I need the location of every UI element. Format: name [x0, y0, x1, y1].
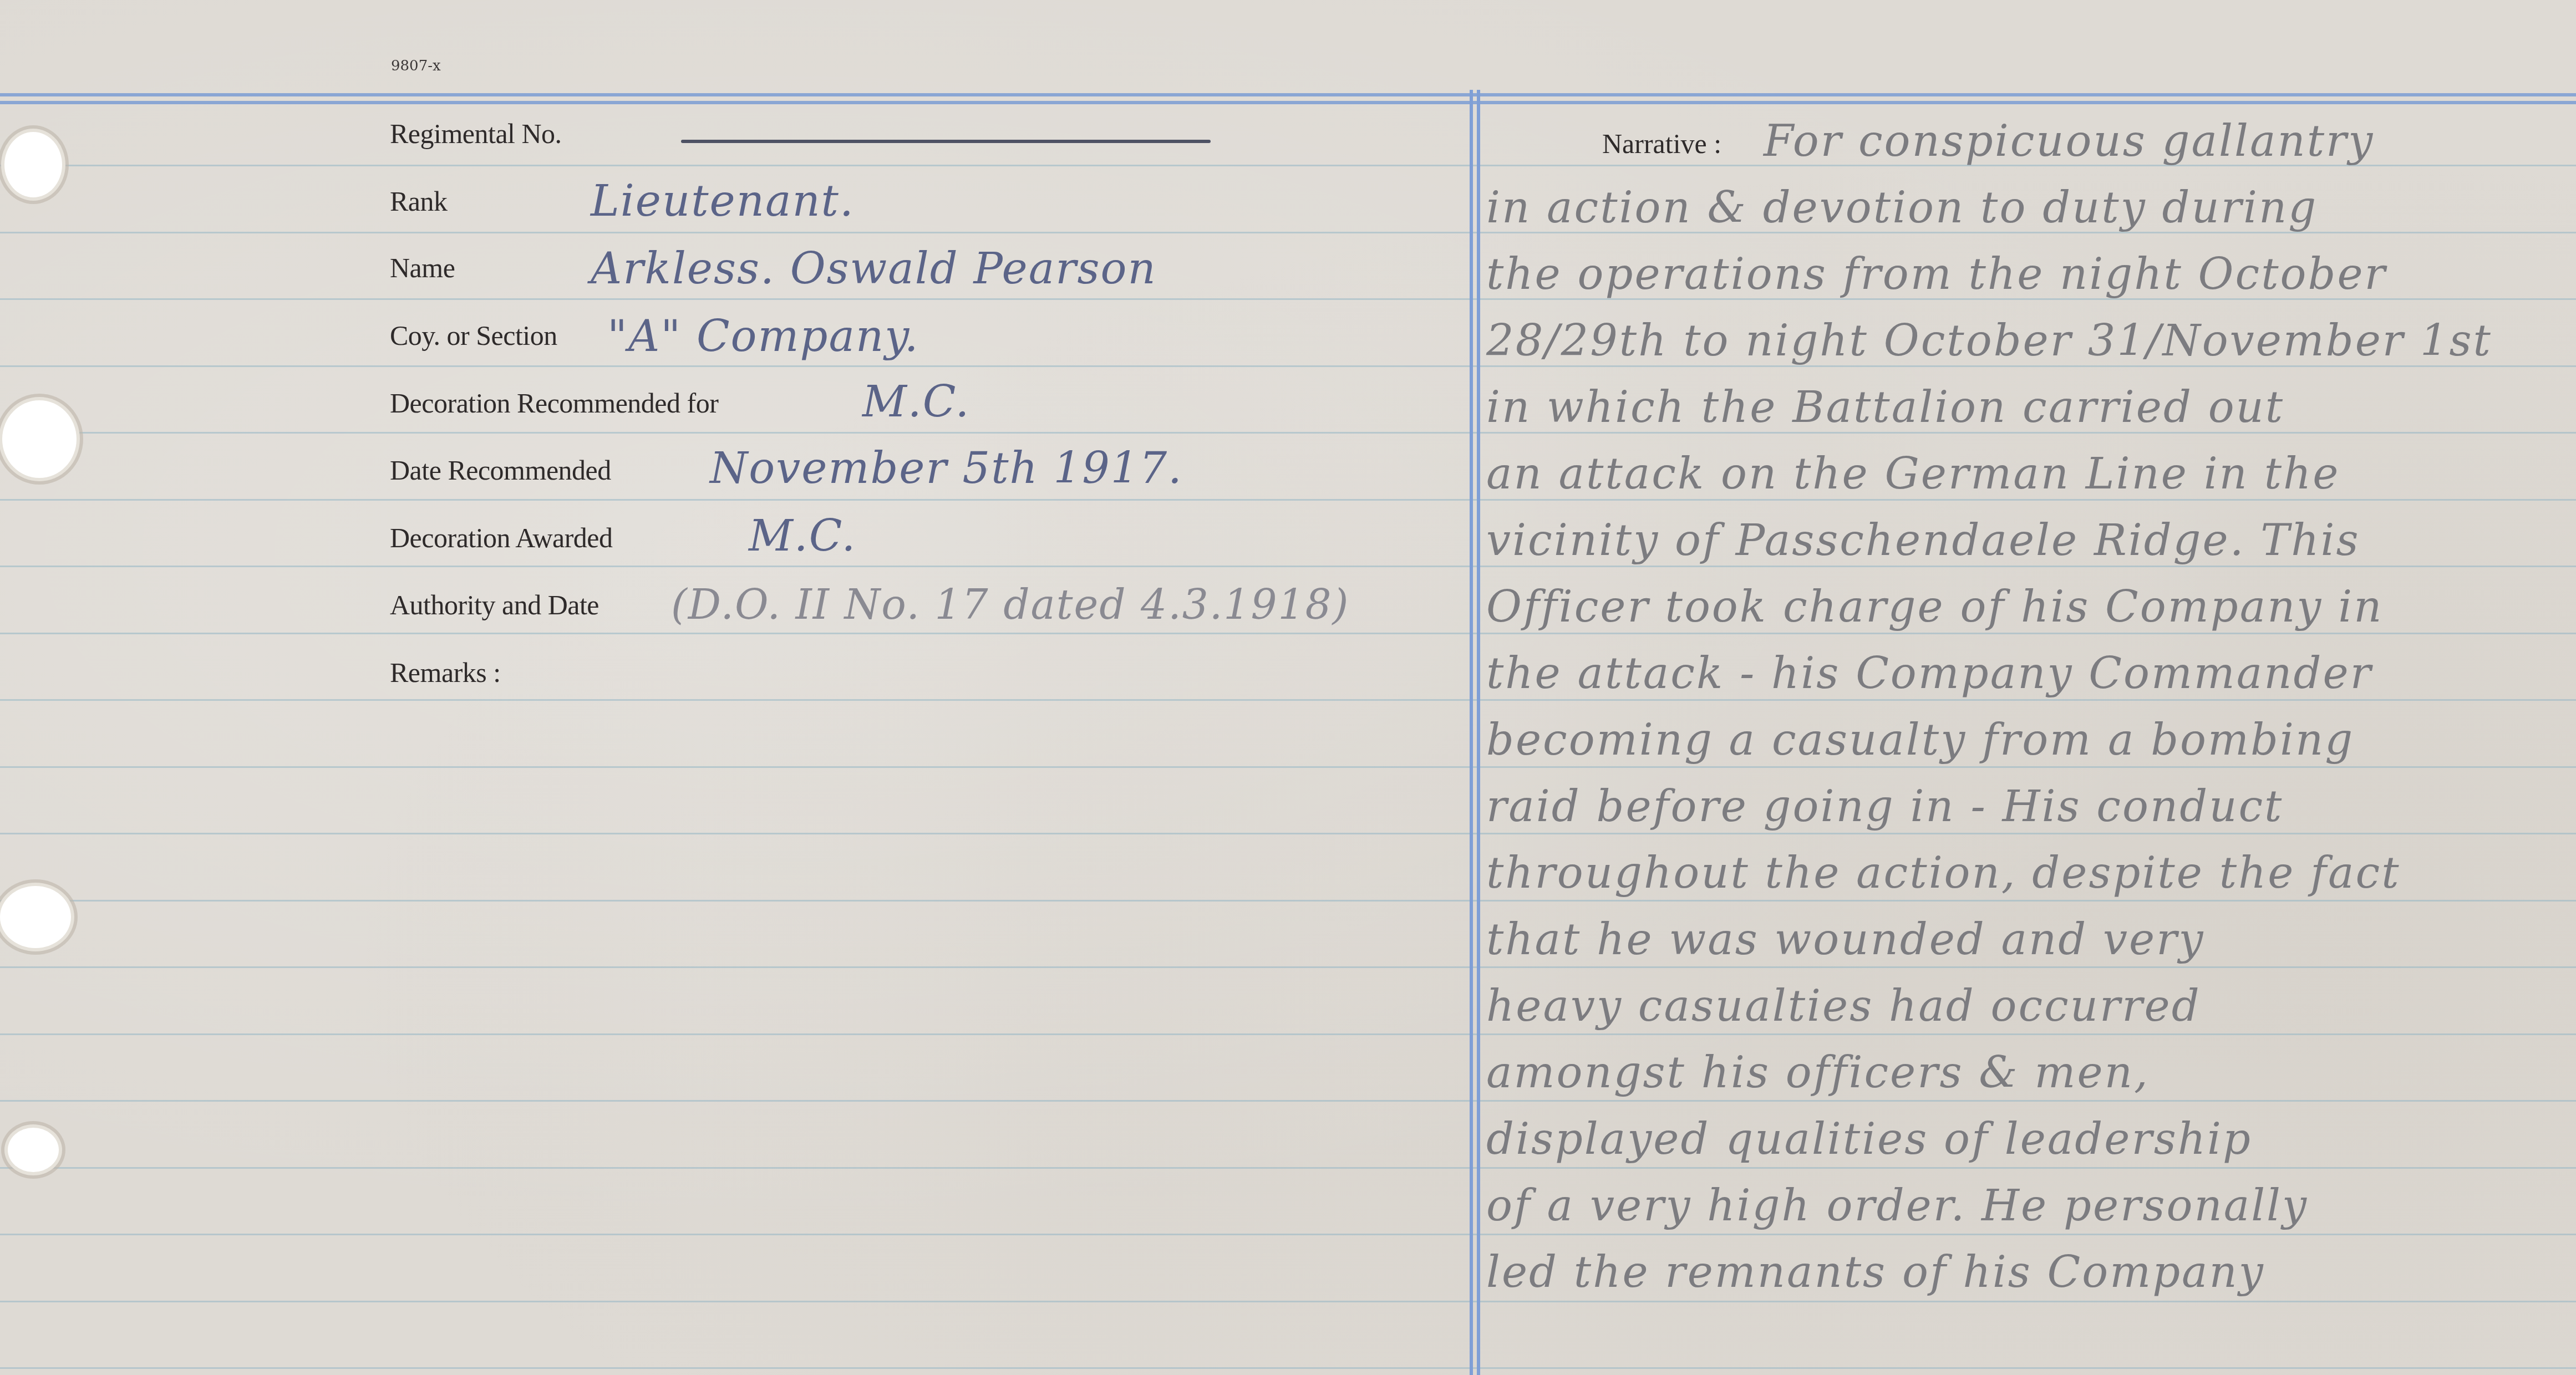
column-divider-left	[1470, 90, 1473, 1375]
narrative-line: the attack - his Company Commander	[1486, 649, 2372, 699]
punch-hole-1	[4, 132, 62, 197]
ruled-line	[0, 1367, 2576, 1369]
ruled-line	[0, 966, 2576, 968]
label-date-recommended: Date Recommended	[390, 454, 611, 486]
narrative-line: amongst his officers & men,	[1486, 1048, 2150, 1098]
label-coy-or-section: Coy. or Section	[390, 319, 557, 352]
ruled-line	[0, 1100, 2576, 1102]
punch-hole-4	[8, 1128, 59, 1172]
ruled-line	[0, 1234, 2576, 1235]
ruled-line	[0, 566, 2576, 567]
ruled-line	[0, 633, 2576, 634]
header-rule-top	[0, 93, 2576, 96]
narrative-line: the operations from the night October	[1486, 249, 2387, 299]
narrative-line: that he was wounded and very	[1486, 915, 2205, 965]
label-regimental-no: Regimental No.	[390, 118, 562, 150]
regimental-no-blank	[681, 140, 1211, 143]
value-coy-or-section: "A" Company.	[607, 312, 919, 361]
ruled-line	[0, 699, 2576, 701]
narrative-line: 28/29th to night October 31/November 1st	[1486, 316, 2492, 366]
label-remarks: Remarks :	[390, 656, 501, 689]
narrative-line: vicinity of Passchendaele Ridge. This	[1486, 516, 2360, 566]
narrative-line: Officer took charge of his Company in	[1486, 582, 2383, 632]
narrative-line: in which the Battalion carried out	[1486, 383, 2284, 432]
ruled-line	[0, 499, 2576, 501]
record-card: 9807-x Regimental No. Rank Name Coy. or …	[0, 0, 2576, 1375]
ruled-line	[0, 766, 2576, 768]
value-decoration-recommended: M.C.	[862, 377, 970, 427]
narrative-line: of a very high order. He personally	[1486, 1181, 2308, 1231]
narrative-line: led the remnants of his Company	[1486, 1247, 2265, 1297]
header-rule-bottom	[0, 101, 2576, 104]
ruled-line	[0, 833, 2576, 834]
narrative-line: in action & devotion to duty during	[1486, 183, 2318, 233]
value-authority-and-date: (D.O. II No. 17 dated 4.3.1918)	[671, 581, 1350, 629]
label-rank: Rank	[390, 185, 448, 217]
ruled-line	[0, 1033, 2576, 1035]
narrative-line: For conspicuous gallantry	[1764, 116, 2374, 166]
ruled-line	[0, 1167, 2576, 1169]
label-authority-and-date: Authority and Date	[390, 589, 599, 621]
form-number: 9807-x	[391, 58, 441, 74]
narrative-line: displayed qualities of leadership	[1486, 1114, 2252, 1164]
value-date-recommended: November 5th 1917.	[710, 444, 1183, 493]
narrative-line: throughout the action, despite the fact	[1486, 848, 2401, 898]
ruled-line	[0, 1301, 2576, 1302]
value-name: Arkless. Oswald Pearson	[591, 244, 1157, 294]
ruled-line	[0, 900, 2576, 902]
punch-hole-3	[0, 886, 71, 948]
narrative-line: an attack on the German Line in the	[1486, 449, 2340, 499]
narrative-label: Narrative :	[1602, 128, 1721, 160]
column-divider-right	[1477, 90, 1480, 1375]
label-decoration-awarded: Decoration Awarded	[390, 522, 613, 554]
label-decoration-recommended: Decoration Recommended for	[390, 387, 718, 419]
narrative-line: becoming a casualty from a bombing	[1486, 715, 2354, 765]
value-rank: Lieutenant.	[591, 176, 855, 226]
punch-hole-2	[2, 400, 77, 478]
value-decoration-awarded: M.C.	[749, 511, 856, 561]
narrative-line: heavy casualties had occurred	[1486, 981, 2201, 1031]
narrative-line: raid before going in - His conduct	[1486, 782, 2283, 832]
label-name: Name	[390, 252, 455, 284]
